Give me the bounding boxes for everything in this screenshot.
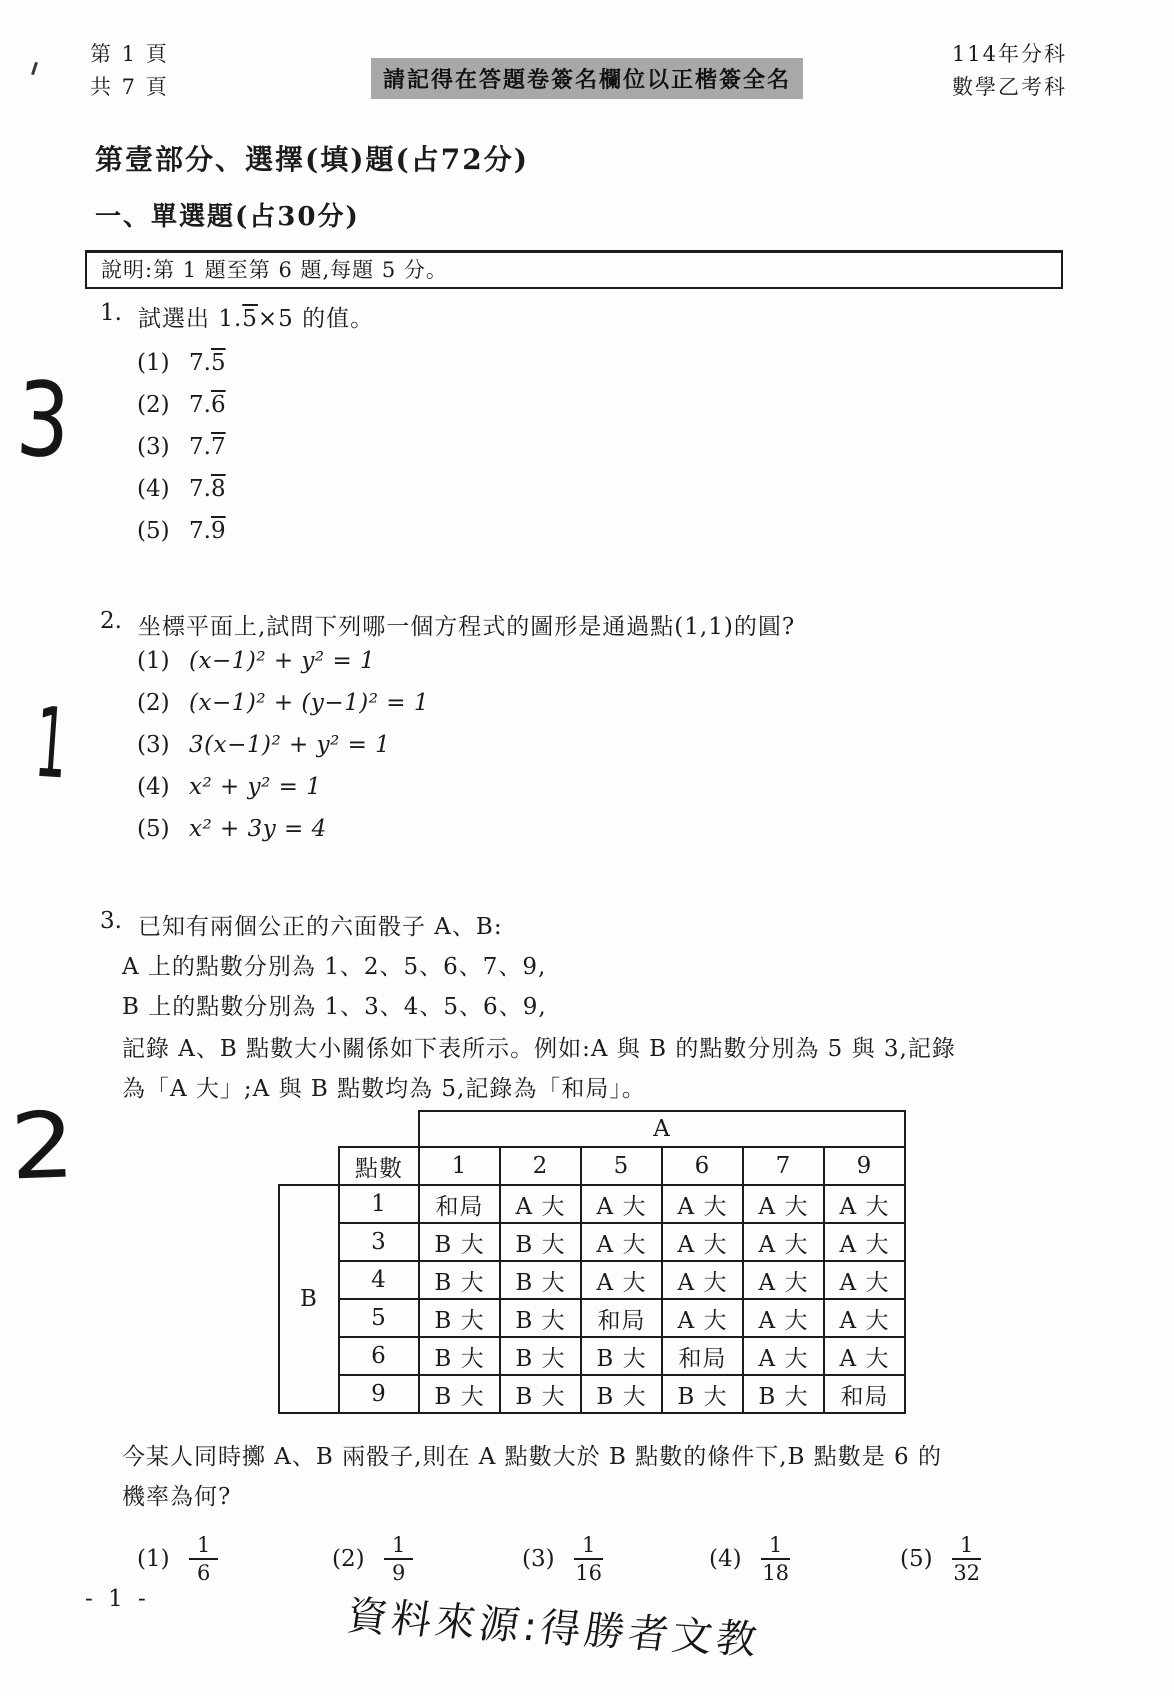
table-cell: 和局 — [419, 1185, 500, 1223]
table-cell: B 大 — [662, 1375, 743, 1413]
table-row: 5 B 大 B 大 和局 A 大 A 大 A 大 — [279, 1299, 905, 1337]
question3-line-1: 已知有兩個公正的六面骰子 A、B: — [138, 908, 503, 941]
question3-number: 3. — [100, 908, 122, 934]
question1-text: 試選出 1.5×5 的值。 — [138, 300, 374, 333]
option-label: (2) — [137, 690, 189, 716]
instruction-box: 說明:第 1 題至第 6 題,每題 5 分。 — [85, 250, 1063, 289]
table-cell: A 大 — [581, 1185, 662, 1223]
question3-option-3: (3) 116 — [522, 1524, 603, 1594]
question3-closing-line-2: 機率為何? — [122, 1478, 231, 1511]
table-cell: B 大 — [419, 1299, 500, 1337]
table-cell: B 大 — [419, 1337, 500, 1375]
table-row: B 1 和局 A 大 A 大 A 大 A 大 A 大 — [279, 1185, 905, 1223]
table-row: 點數 1 2 5 6 7 9 — [279, 1147, 905, 1185]
fraction-numerator: 1 — [384, 1533, 413, 1560]
option-repeating-digit: 6 — [211, 392, 226, 418]
table-cell: 和局 — [824, 1375, 905, 1413]
question2-text: 坐標平面上,試問下列哪一個方程式的圖形是通過點(1,1)的圓? — [138, 608, 795, 641]
table-col-group-label: A — [419, 1111, 905, 1147]
subsection-title: 一、單選題(占30分) — [95, 196, 360, 233]
option-value: 7. — [189, 350, 211, 376]
table-col-header: 9 — [824, 1147, 905, 1185]
table-row-group-label: B — [279, 1185, 339, 1413]
table-cell: A 大 — [581, 1223, 662, 1261]
option-label: (5) — [900, 1546, 952, 1572]
section-title: 第壹部分、選擇(填)題(占72分) — [95, 138, 529, 178]
question1-option-1: (1)7.5 — [137, 350, 226, 376]
handwritten-answer-question3: 2 — [9, 1099, 76, 1192]
option-value: 7. — [189, 434, 211, 460]
page-counter-line1: 第 1 頁 — [90, 38, 169, 71]
table-cell: 和局 — [581, 1299, 662, 1337]
fraction-denominator: 9 — [384, 1560, 413, 1585]
option-label: (2) — [137, 392, 189, 418]
option-label: (1) — [137, 350, 189, 376]
option-formula: x² + 3y = 4 — [189, 816, 327, 842]
table-cell: B 大 — [419, 1223, 500, 1261]
table-cell: B 大 — [500, 1299, 581, 1337]
option-fraction: 118 — [761, 1533, 790, 1585]
option-repeating-digit: 7 — [211, 434, 226, 460]
table-cell: A 大 — [662, 1261, 743, 1299]
question3-closing-line-1: 今某人同時擲 A、B 兩骰子,則在 A 點數大於 B 點數的條件下,B 點數是 … — [122, 1438, 942, 1471]
option-fraction: 116 — [574, 1533, 603, 1585]
dice-comparison-table-wrapper: A 點數 1 2 5 6 7 9 B 1 和局 A 大 A 大 A 大 A 大 … — [278, 1110, 906, 1414]
question2-option-1: (1)(x−1)² + y² = 1 — [137, 648, 375, 674]
question3-line-3: B 上的點數分別為 1、3、4、5、6、9, — [122, 988, 547, 1021]
question3-line-5: 為「A 大」;A 與 B 點數均為 5,記錄為「和局」。 — [122, 1070, 646, 1103]
page-counter: 第 1 頁 共 7 頁 — [90, 38, 169, 104]
table-row-header: 3 — [339, 1223, 419, 1261]
question3-line-2: A 上的點數分別為 1、2、5、6、7、9, — [122, 948, 546, 981]
table-row: 3 B 大 B 大 A 大 A 大 A 大 A 大 — [279, 1223, 905, 1261]
table-cell: A 大 — [662, 1299, 743, 1337]
page-counter-line2: 共 7 頁 — [90, 71, 169, 104]
table-cell: A 大 — [743, 1223, 824, 1261]
table-cell: B 大 — [743, 1375, 824, 1413]
option-value: 7. — [189, 476, 211, 502]
table-row: 4 B 大 B 大 A 大 A 大 A 大 A 大 — [279, 1261, 905, 1299]
option-fraction: 132 — [952, 1533, 981, 1585]
option-fraction: 19 — [384, 1533, 413, 1585]
table-col-header: 1 — [419, 1147, 500, 1185]
table-cell: A 大 — [824, 1299, 905, 1337]
question1-value-pre: 1. — [218, 306, 242, 332]
table-row-header: 6 — [339, 1337, 419, 1375]
option-label: (4) — [709, 1546, 761, 1572]
table-cell: A 大 — [581, 1261, 662, 1299]
table-cell: B 大 — [500, 1337, 581, 1375]
question2-option-3: (3)3(x−1)² + y² = 1 — [137, 732, 390, 758]
table-col-header: 6 — [662, 1147, 743, 1185]
option-value: 7. — [189, 518, 211, 544]
fraction-numerator: 1 — [189, 1533, 218, 1560]
handwritten-answer-question2: 1 — [32, 695, 71, 794]
fraction-denominator: 16 — [574, 1560, 603, 1585]
exam-year-label: 114年分科 — [952, 38, 1067, 71]
question1-text-after: 的值。 — [294, 306, 374, 332]
question2-option-2: (2)(x−1)² + (y−1)² = 1 — [137, 690, 429, 716]
exam-subject-label: 數學乙考科 — [952, 71, 1067, 104]
option-value: 7. — [189, 392, 211, 418]
table-cell: A 大 — [743, 1337, 824, 1375]
table-col-header: 2 — [500, 1147, 581, 1185]
option-label: (1) — [137, 648, 189, 674]
table-col-header: 5 — [581, 1147, 662, 1185]
table-cell: A 大 — [743, 1261, 824, 1299]
fraction-denominator: 6 — [189, 1560, 218, 1585]
option-fraction: 16 — [189, 1533, 218, 1585]
table-row-header: 1 — [339, 1185, 419, 1223]
table-cell: A 大 — [824, 1261, 905, 1299]
signature-notice-banner: 請記得在答題卷簽名欄位以正楷簽全名 — [371, 58, 803, 99]
handwritten-source-note: 資料來源:得勝者文教 — [344, 1584, 765, 1666]
table-cell: B 大 — [419, 1261, 500, 1299]
option-formula: (x−1)² + (y−1)² = 1 — [189, 690, 429, 716]
table-row: 9 B 大 B 大 B 大 B 大 B 大 和局 — [279, 1375, 905, 1413]
fraction-numerator: 1 — [574, 1533, 603, 1560]
table-row: A — [279, 1111, 905, 1147]
question3-option-2: (2) 19 — [332, 1524, 413, 1594]
option-repeating-digit: 9 — [211, 518, 226, 544]
table-corner-label: 點數 — [339, 1147, 419, 1185]
table-cell: 和局 — [662, 1337, 743, 1375]
option-label: (2) — [332, 1546, 384, 1572]
option-formula: 3(x−1)² + y² = 1 — [189, 732, 390, 758]
table-cell: A 大 — [824, 1337, 905, 1375]
table-cell: B 大 — [581, 1337, 662, 1375]
table-row-header: 9 — [339, 1375, 419, 1413]
question1-text-before: 試選出 — [138, 306, 218, 332]
table-row-header: 4 — [339, 1261, 419, 1299]
question3-option-1: (1) 16 — [137, 1524, 218, 1594]
fraction-denominator: 32 — [952, 1560, 981, 1585]
table-cell: A 大 — [743, 1299, 824, 1337]
question2-option-5: (5)x² + 3y = 4 — [137, 816, 327, 842]
table-cell: B 大 — [581, 1375, 662, 1413]
table-cell: B 大 — [419, 1375, 500, 1413]
exam-identifier: 114年分科 數學乙考科 — [952, 38, 1067, 104]
table-cell: B 大 — [500, 1375, 581, 1413]
table-cell: A 大 — [662, 1185, 743, 1223]
table-cell: A 大 — [824, 1185, 905, 1223]
table-row-header: 5 — [339, 1299, 419, 1337]
question3-line-4: 記錄 A、B 點數大小關係如下表所示。例如:A 與 B 的點數分別為 5 與 3… — [122, 1030, 956, 1063]
option-repeating-digit: 8 — [211, 476, 226, 502]
footer-page-number: - 1 - — [85, 1586, 150, 1612]
table-col-header: 7 — [743, 1147, 824, 1185]
table-corner-blank — [279, 1147, 339, 1185]
question3-option-5: (5) 132 — [900, 1524, 981, 1594]
question1-option-5: (5)7.9 — [137, 518, 226, 544]
exam-page: 第 1 頁 共 7 頁 請記得在答題卷簽名欄位以正楷簽全名 114年分科 數學乙… — [0, 0, 1174, 1696]
stray-pen-mark — [31, 62, 38, 75]
table-cell: A 大 — [743, 1185, 824, 1223]
option-label: (3) — [137, 732, 189, 758]
option-label: (3) — [137, 434, 189, 460]
table-cell: A 大 — [824, 1223, 905, 1261]
table-cell: B 大 — [500, 1261, 581, 1299]
option-label: (4) — [137, 774, 189, 800]
table-corner-blank — [279, 1111, 419, 1147]
option-formula: x² + y² = 1 — [189, 774, 321, 800]
question1-option-2: (2)7.6 — [137, 392, 226, 418]
option-label: (3) — [522, 1546, 574, 1572]
option-label: (5) — [137, 816, 189, 842]
handwritten-answer-question1: 3 — [14, 368, 72, 474]
table-cell: A 大 — [500, 1185, 581, 1223]
question3-option-4: (4) 118 — [709, 1524, 790, 1594]
fraction-numerator: 1 — [952, 1533, 981, 1560]
table-cell: A 大 — [662, 1223, 743, 1261]
question2-option-4: (4)x² + y² = 1 — [137, 774, 321, 800]
question1-number: 1. — [100, 300, 122, 326]
option-repeating-digit: 5 — [211, 350, 226, 376]
option-label: (5) — [137, 518, 189, 544]
question1-option-3: (3)7.7 — [137, 434, 226, 460]
dice-comparison-table: A 點數 1 2 5 6 7 9 B 1 和局 A 大 A 大 A 大 A 大 … — [278, 1110, 906, 1414]
table-row: 6 B 大 B 大 B 大 和局 A 大 A 大 — [279, 1337, 905, 1375]
fraction-denominator: 18 — [761, 1560, 790, 1585]
fraction-numerator: 1 — [761, 1533, 790, 1560]
question1-option-4: (4)7.8 — [137, 476, 226, 502]
option-formula: (x−1)² + y² = 1 — [189, 648, 375, 674]
option-label: (4) — [137, 476, 189, 502]
question1-repeating-digit: 5 — [242, 306, 258, 332]
question2-number: 2. — [100, 608, 122, 634]
question1-value-post: ×5 — [258, 306, 294, 332]
table-cell: B 大 — [500, 1223, 581, 1261]
option-label: (1) — [137, 1546, 189, 1572]
